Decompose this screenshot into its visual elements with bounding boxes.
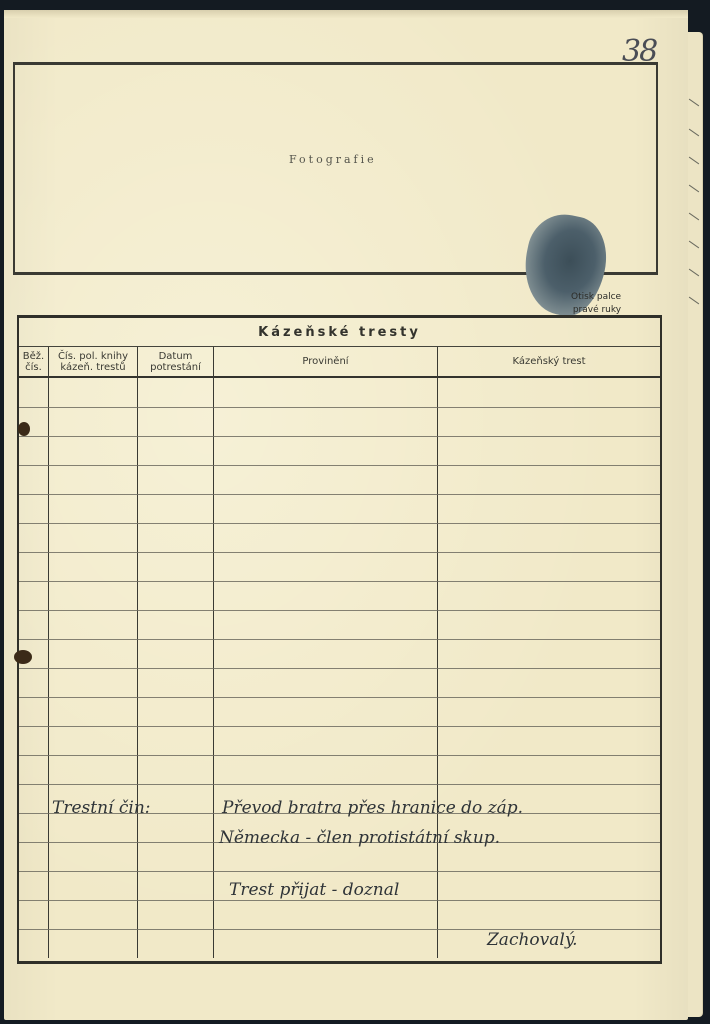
header-label: kázeň. trestů: [58, 362, 128, 373]
handwritten-left-label: Trestní čin:: [52, 798, 151, 818]
document-page: 38 Fotografie Otisk palce pravé ruky Káz…: [4, 10, 688, 1020]
table-row-line: [19, 581, 660, 582]
back-page-line: [689, 241, 699, 249]
header-book-number: Čís. pol. knihykázeň. trestů: [49, 347, 138, 376]
header-label: Datum: [150, 351, 201, 362]
table-row-line: [19, 900, 660, 901]
header-label: Provinění: [302, 356, 348, 367]
handwritten-offense-line3: Trest přijat - doznal: [229, 880, 399, 900]
table-row-line: [19, 436, 660, 437]
back-page-line: [689, 185, 699, 193]
table-row-line: [19, 639, 660, 640]
table-title: Kázeňské tresty: [19, 318, 660, 347]
header-label: čís.: [23, 362, 44, 373]
handwritten-offense-line2: Německa - člen protistátní skup.: [219, 828, 500, 848]
thumbprint-label: Otisk palce pravé ruky: [571, 291, 621, 317]
header-serial-number: Běž.čís.: [19, 347, 49, 376]
table-row-line: [19, 407, 660, 408]
back-page-line: [689, 99, 699, 107]
column-divider: [48, 347, 49, 958]
table-row-line: [19, 697, 660, 698]
table-row-line: [19, 494, 660, 495]
column-divider: [213, 347, 214, 958]
table-row-line: [19, 755, 660, 756]
column-divider: [137, 347, 138, 958]
back-page-line: [689, 213, 699, 221]
disciplinary-table: Kázeňské tresty Běž.čís. Čís. pol. knihy…: [17, 315, 662, 964]
table-row-line: [19, 668, 660, 669]
binder-hole: [14, 650, 32, 664]
back-page-line: [689, 269, 699, 277]
table-row-line: [19, 784, 660, 785]
handwritten-signature: Zachovalý.: [487, 930, 578, 950]
handwritten-offense-line1: Převod bratra přes hranice do záp.: [222, 798, 523, 818]
torn-top-edge: [4, 10, 688, 18]
header-label: potrestání: [150, 362, 201, 373]
table-row-line: [19, 726, 660, 727]
header-label: Běž.: [23, 351, 44, 362]
thumbprint-label-line1: Otisk palce: [571, 291, 621, 304]
header-label: Kázeňský trest: [512, 356, 585, 367]
table-row-line: [19, 523, 660, 524]
photo-label: Fotografie: [289, 153, 377, 166]
header-offense: Provinění: [214, 347, 438, 376]
binder-hole: [18, 422, 30, 436]
back-page-line: [689, 129, 699, 137]
header-label: Čís. pol. knihy: [58, 351, 128, 362]
photo-box: Fotografie Otisk palce pravé ruky: [13, 62, 658, 275]
column-divider: [437, 347, 438, 958]
table-row-line: [19, 552, 660, 553]
back-page-line: [689, 157, 699, 165]
header-date: Datumpotrestání: [138, 347, 214, 376]
table-row-line: [19, 871, 660, 872]
header-divider: [19, 376, 660, 378]
header-punishment: Kázeňský trest: [438, 347, 660, 376]
back-page-line: [689, 297, 699, 305]
table-row-line: [19, 465, 660, 466]
table-row-line: [19, 610, 660, 611]
